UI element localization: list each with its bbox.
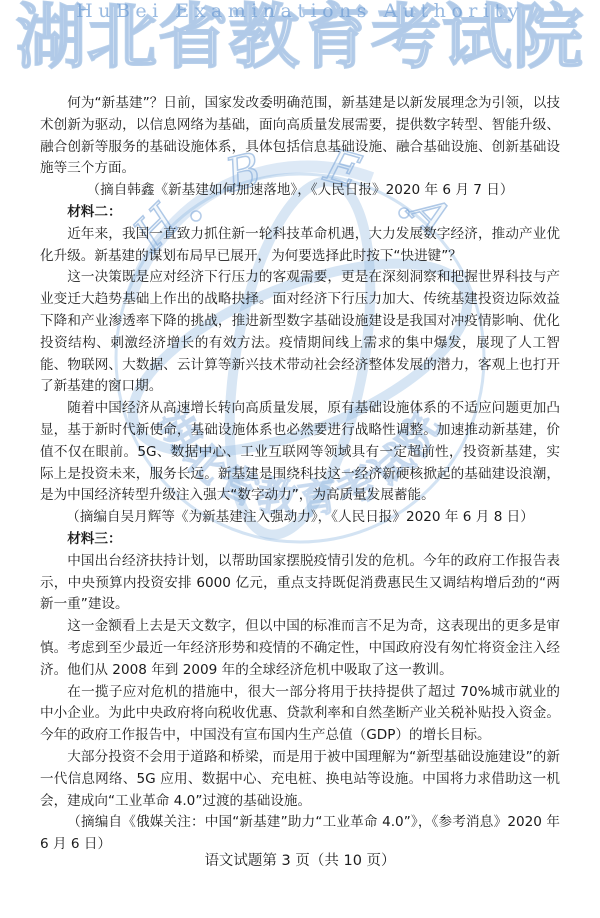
watermark-cn-text: 湖北省教育考试院 [0,0,600,74]
material-3-heading: 材料三： [40,529,560,551]
citation-renmin-ribao-jun7: （摘自韩鑫《新基建如何加速落地》，《人民日报》2020 年 6 月 7 日） [40,180,560,202]
paragraph-sme-support: 在一揽子应对危机的措施中，很大一部分将用于扶持提供了超过 70%城市就业的中小企… [40,682,560,747]
paragraph-economic-support-plan: 中国出台经济扶持计划，以帮助国家摆脱疫情引发的危机。今年的政府工作报告表示，中央… [40,551,560,616]
paragraph-industry-4-0: 大部分投资不会用于道路和桥梁，而是用于被中国理解为“新型基础设施建设”的新一代信… [40,747,560,812]
material-2-heading: 材料二： [40,202,560,224]
watermark-en-text: HuBei Examinations Authority [0,0,600,22]
paragraph-strategic-choice: 这一决策既是应对经济下行压力的客观需要，更是在深刻洞察和把握世界科技与产业变迁大… [40,267,560,398]
page-number-footer: 语文试题第 3 页（共 10 页） [0,849,600,870]
exam-page-body: 何为“新基建”？日前，国家发改委明确范围，新基建是以新发展理念为引领，以技术创新… [40,93,560,856]
citation-renmin-ribao-jun8: （摘编自吴月辉等《为新基建注入强动力》，《人民日报》2020 年 6 月 8 日… [40,507,560,529]
paragraph-prudence: 这一金额看上去是天文数字，但以中国的标准而言不足为奇，这表现出的更多是审慎。考虑… [40,616,560,681]
paragraph-digital-power: 随着中国经济从高速增长转向高质量发展，原有基础设施体系的不适应问题更加凸显，基于… [40,398,560,507]
paragraph-new-infra-definition: 何为“新基建”？日前，国家发改委明确范围，新基建是以新发展理念为引领，以技术创新… [40,93,560,180]
paragraph-tech-revolution: 近年来，我国一直致力抓住新一轮科技革命机遇，大力发展数字经济，推动产业优化升级。… [40,224,560,268]
